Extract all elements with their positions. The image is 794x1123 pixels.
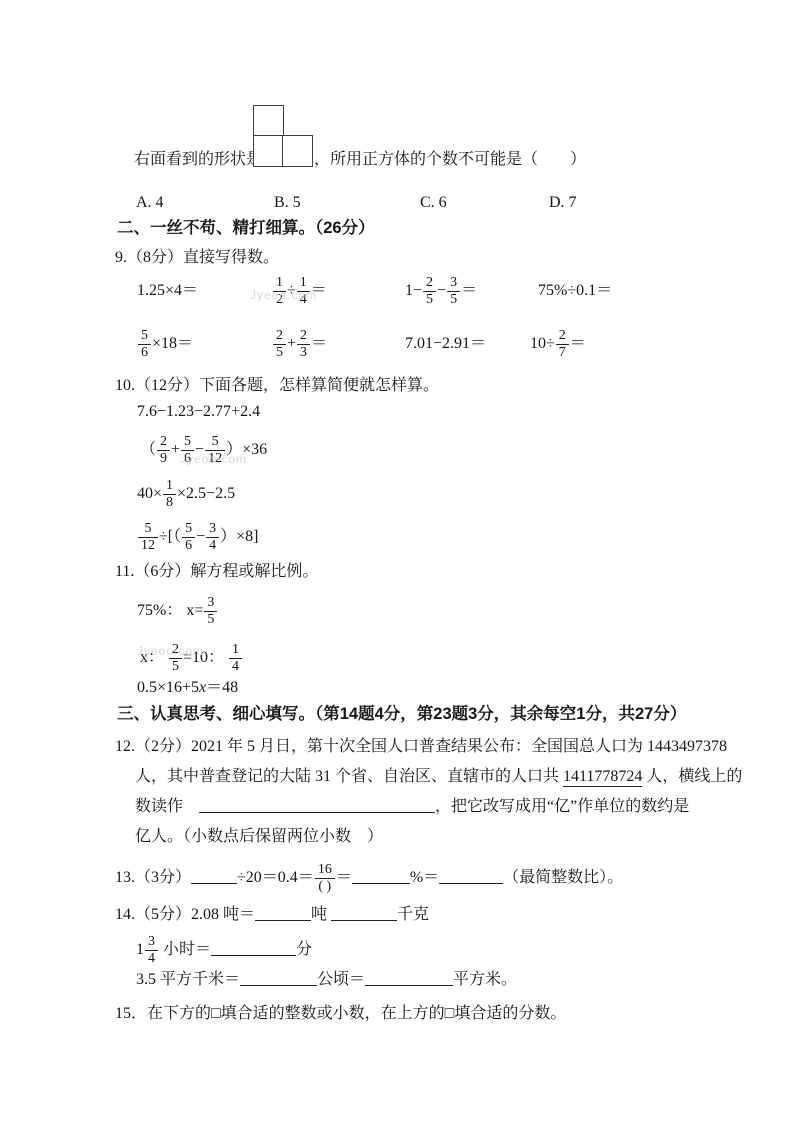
section3-heading: 三、认真思考、细心填写。（第14题4分，第23题3分，其余每空1分，共27分） <box>117 704 686 724</box>
q9-expr-7: 7.01−2.91＝ <box>405 320 486 368</box>
q9-expr-3: 1−25−35＝ <box>405 267 477 315</box>
question10-title: 10.（12分）下面各题，怎样算简便就怎样算。 <box>115 376 439 396</box>
q9-expr-6: 25+23＝ <box>272 320 327 368</box>
q12-line-4: 亿人。（小数点后保留两位小数 ） <box>135 827 383 847</box>
watermark: Jyeoo.com <box>137 644 204 658</box>
section2-heading: 二、一丝不苟、精打细算。（26分） <box>117 218 375 238</box>
figure-square-top <box>253 105 284 137</box>
q12-line-1: 12.（2分）2021 年 5 月日，第十次全国人口普查结果公布：全国国总人口为… <box>115 737 727 757</box>
q14-line-2: 134 小时＝分 <box>136 926 312 974</box>
q14-line-3: 3.5 平方千米＝公顷＝平方米。 <box>136 970 517 990</box>
figure-square-bottom-left <box>253 135 284 167</box>
q9-expr-5: 56×18＝ <box>137 320 193 368</box>
q14-line-1: 14.（5分）2.08 吨＝吨 千克 <box>115 905 429 925</box>
q10-expr-4: 512÷[（56−34）×8] <box>137 513 259 561</box>
cube-view-figure <box>253 105 314 167</box>
q10-expr-3: 40×18×2.5−2.5 <box>137 470 235 518</box>
q10-expr-2: （29+56−512）×36 <box>140 426 267 474</box>
option-a: A. 4 <box>136 193 164 213</box>
question9-title: 9.（8分）直接写得数。 <box>115 248 279 268</box>
q13-line: 13.（3分）÷20＝0.4＝16( )＝%＝（最简整数比）。 <box>115 854 623 902</box>
question8-stem-right: ，所用正方体的个数不可能是（ ） <box>314 150 586 170</box>
q12-line-3: 数读作 ，把它改写成用“亿”作单位的数约是 <box>135 797 689 817</box>
watermark: Jyeoo.com <box>250 288 317 302</box>
question15-title: 15．在下方的□填合适的整数或小数，在上方的□填合适的分数。 <box>115 1004 566 1024</box>
figure-square-bottom-right <box>282 135 313 167</box>
q9-expr-8: 10÷27＝ <box>530 320 586 368</box>
q11-expr-2: x： 25=10： 14 <box>140 634 243 682</box>
q11-expr-3: 0.5×16+5x＝48 <box>137 678 238 698</box>
option-c: C. 6 <box>420 193 447 213</box>
option-d: D. 7 <box>549 193 577 213</box>
question11-title: 11.（6分）解方程或解比例。 <box>115 562 318 582</box>
question8-stem-left: 右面看到的形状是 <box>134 150 262 170</box>
q9-expr-4: 75%÷0.1＝ <box>538 267 612 315</box>
q9-expr-1: 1.25×4＝ <box>137 267 198 315</box>
q12-line-2: 人，其中普查登记的大陆 31 个省、自治区、直辖市的人口共 1411778724… <box>135 767 742 787</box>
watermark: Jyeoo.com <box>180 452 247 466</box>
option-b: B. 5 <box>274 193 301 213</box>
q11-expr-1: 75%： x=35 <box>137 587 218 635</box>
q10-expr-1: 7.6−1.23−2.77+2.4 <box>137 402 260 422</box>
exam-page: 右面看到的形状是 ，所用正方体的个数不可能是（ ） A. 4 B. 5 C. 6… <box>0 0 794 1123</box>
